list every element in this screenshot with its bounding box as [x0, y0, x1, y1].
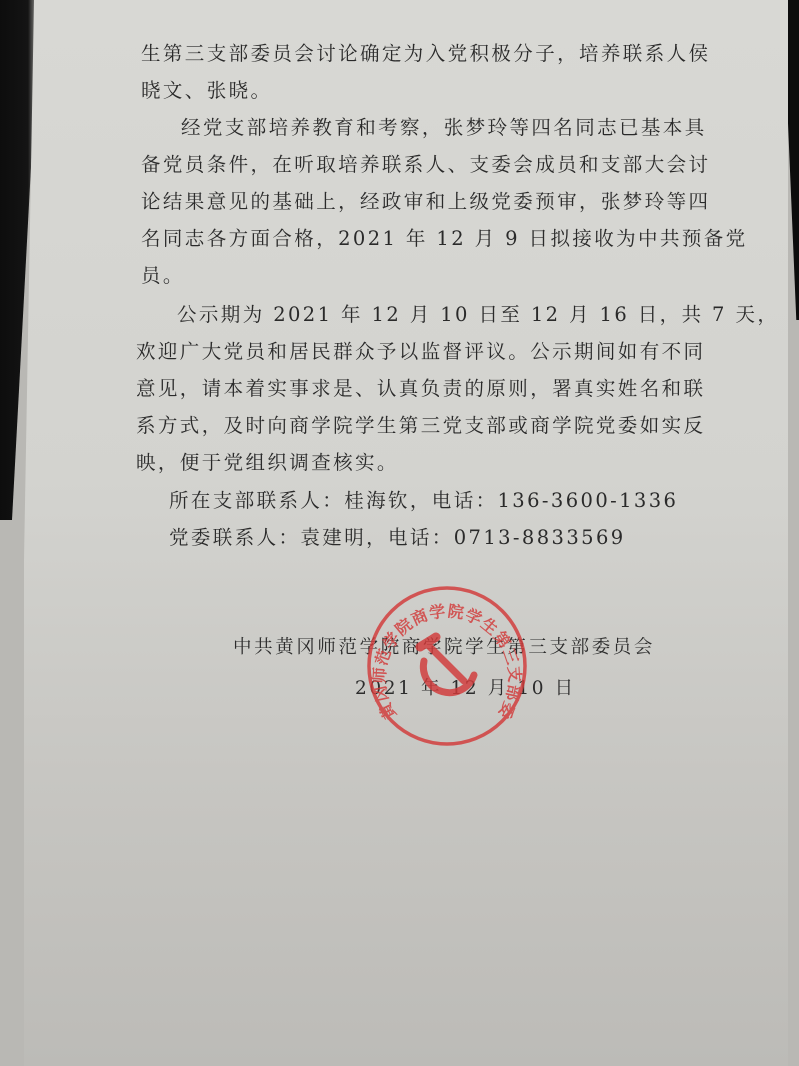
paragraph-line: 系方式，及时向商学院学生第三党支部或商学院党委如实反	[136, 410, 705, 438]
paragraph-line: 论结果意见的基础上，经政审和上级党委预审，张梦玲等四	[141, 186, 710, 214]
paragraph-line: 员。	[141, 260, 185, 288]
paragraph-line: 公示期为 2021 年 12 月 10 日至 12 月 16 日，共 7 天，	[177, 299, 779, 327]
committee-contact: 党委联系人：袁建明，电话：0713-8833569	[169, 522, 626, 550]
stamp-text: 中共黄冈师范学院商学院学生第三支部委员会	[364, 583, 524, 723]
paragraph-line: 名同志各方面合格，2021 年 12 月 9 日拟接收为中共预备党	[141, 223, 748, 251]
paragraph-line: 意见，请本着实事求是、认真负责的原则，署真实姓名和联	[136, 373, 705, 401]
paragraph-line: 生第三支部委员会讨论确定为入党积极分子，培养联系人侯	[141, 38, 710, 66]
paragraph-line: 经党支部培养教育和考察，张梦玲等四名同志已基本具	[181, 112, 707, 140]
branch-contact: 所在支部联系人：桂海钦，电话：136-3600-1336	[169, 485, 678, 513]
hammer-and-sickle-icon	[420, 637, 474, 693]
official-seal-stamp: 中共黄冈师范学院商学院学生第三支部委员会	[364, 583, 530, 749]
paragraph-line: 晓文、张晓。	[141, 75, 272, 103]
paragraph-line: 欢迎广大党员和居民群众予以监督评议。公示期间如有不同	[136, 336, 705, 364]
paragraph-line: 备党员条件，在听取培养联系人、支委会成员和支部大会讨	[141, 149, 710, 177]
svg-text:中共黄冈师范学院商学院学生第三支部委员会: 中共黄冈师范学院商学院学生第三支部委员会	[364, 583, 524, 723]
paragraph-line: 映，便于党组织调查核实。	[136, 447, 399, 475]
